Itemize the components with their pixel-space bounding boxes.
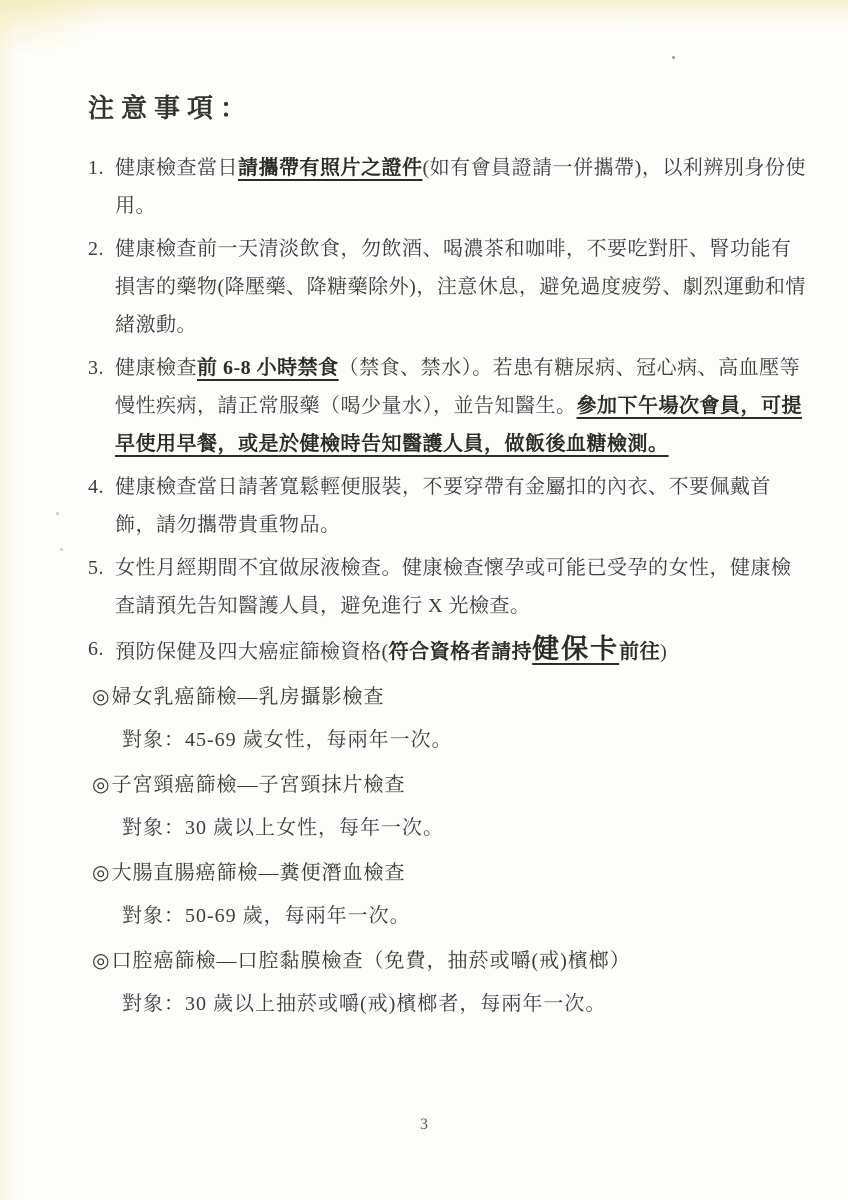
item-number: 6. <box>88 630 115 668</box>
item-number: 2. <box>88 230 115 268</box>
page-number: 3 <box>0 1116 848 1134</box>
scan-edge-artifact-top <box>0 0 848 26</box>
text-run: 健康檢查前一天清淡飲食，勿飲酒、喝濃茶和咖啡，不要吃對肝、腎功能有損害的藥物(降… <box>115 238 806 336</box>
scan-speck <box>60 548 63 551</box>
double-circle-bullet: ◎ <box>92 862 110 884</box>
item-text: 健康檢查前一天清淡飲食，勿飲酒、喝濃茶和咖啡，不要吃對肝、腎功能有損害的藥物(降… <box>115 230 810 344</box>
double-circle-bullet: ◎ <box>92 774 110 796</box>
item-text: 健康檢查當日請攜帶有照片之證件(如有會員證請一併攜帶)，以利辨別身份使用。 <box>115 149 810 225</box>
scan-edge-artifact-corner <box>0 0 120 55</box>
list-item-1: 1. 健康檢查當日請攜帶有照片之證件(如有會員證請一併攜帶)，以利辨別身份使用。 <box>88 149 810 225</box>
item-text: 健康檢查當日請著寬鬆輕便服裝，不要穿帶有金屬扣的內衣、不要佩戴首飾，請勿攜帶貴重… <box>115 468 810 544</box>
text-run: 健康檢查當日請著寬鬆輕便服裝，不要穿帶有金屬扣的內衣、不要佩戴首飾，請勿攜帶貴重… <box>115 476 771 536</box>
double-circle-bullet: ◎ <box>92 686 110 708</box>
screening-cervical-cancer: ◎子宮頸癌篩檢—子宮頸抹片檢查 對象：30 歲以上女性，每年一次。 <box>88 764 810 850</box>
screening-header: ◎口腔癌篩檢—口腔黏膜檢查（免費，抽菸或嚼(戒)檳榔） <box>92 940 810 983</box>
screening-eligibility: 對象：45-69 歲女性，每兩年一次。 <box>122 719 810 762</box>
screening-eligibility: 對象：30 歲以上抽菸或嚼(戒)檳榔者，每兩年一次。 <box>122 983 810 1026</box>
screening-eligibility: 對象：50-69 歲，每兩年一次。 <box>122 895 810 938</box>
text-run: 健康檢查 <box>115 357 197 379</box>
screening-header: ◎大腸直腸癌篩檢—糞便潛血檢查 <box>92 852 810 895</box>
screening-colorectal-cancer: ◎大腸直腸癌篩檢—糞便潛血檢查 對象：50-69 歲，每兩年一次。 <box>88 852 810 938</box>
screening-header: ◎子宮頸癌篩檢—子宮頸抹片檢查 <box>92 764 810 807</box>
scan-speck <box>56 512 59 515</box>
item-text: 健康檢查前 6-8 小時禁食（禁食、禁水）。若患有糖尿病、冠心病、高血壓等慢性疾… <box>115 349 810 463</box>
text-run: 請攜帶有照片之證件 <box>238 157 423 179</box>
item-number: 3. <box>88 349 115 387</box>
text-run: 前往 <box>619 641 660 663</box>
item-number: 5. <box>88 549 115 587</box>
text-run: 預防保健及四大癌症篩檢資格( <box>115 641 389 663</box>
list-item-4: 4. 健康檢查當日請著寬鬆輕便服裝，不要穿帶有金屬扣的內衣、不要佩戴首飾，請勿攜… <box>88 468 810 544</box>
screening-oral-cancer: ◎口腔癌篩檢—口腔黏膜檢查（免費，抽菸或嚼(戒)檳榔） 對象：30 歲以上抽菸或… <box>88 940 810 1026</box>
screening-breast-cancer: ◎婦女乳癌篩檢—乳房攝影檢查 對象：45-69 歲女性，每兩年一次。 <box>88 676 810 762</box>
list-item-3: 3. 健康檢查前 6-8 小時禁食（禁食、禁水）。若患有糖尿病、冠心病、高血壓等… <box>88 349 810 463</box>
item-number: 1. <box>88 149 115 187</box>
item-text: 女性月經期間不宜做尿液檢查。健康檢查懷孕或可能已受孕的女性，健康檢查請預先告知醫… <box>115 549 810 625</box>
double-circle-bullet: ◎ <box>92 950 110 972</box>
scanned-document-page: 注意事項： 1. 健康檢查當日請攜帶有照片之證件(如有會員證請一併攜帶)，以利辨… <box>0 0 848 1200</box>
screening-header: ◎婦女乳癌篩檢—乳房攝影檢查 <box>92 676 810 719</box>
list-item-2: 2. 健康檢查前一天清淡飲食，勿飲酒、喝濃茶和咖啡，不要吃對肝、腎功能有損害的藥… <box>88 230 810 344</box>
cancer-screening-list: ◎婦女乳癌篩檢—乳房攝影檢查 對象：45-69 歲女性，每兩年一次。 ◎子宮頸癌… <box>88 676 810 1026</box>
text-run: ) <box>660 641 667 663</box>
item-text: 預防保健及四大癌症篩檢資格(符合資格者請持健保卡前往) <box>115 630 810 671</box>
list-item-5: 5. 女性月經期間不宜做尿液檢查。健康檢查懷孕或可能已受孕的女性，健康檢查請預先… <box>88 549 810 625</box>
screening-title: 子宮頸癌篩檢—子宮頸抹片檢查 <box>111 774 405 796</box>
text-run: 健保卡 <box>532 634 619 664</box>
scan-edge-artifact-left <box>0 0 18 1200</box>
item-number: 4. <box>88 468 115 506</box>
text-run: 健康檢查當日 <box>115 157 238 179</box>
text-run: 女性月經期間不宜做尿液檢查。健康檢查懷孕或可能已受孕的女性，健康檢查請預先告知醫… <box>115 557 792 617</box>
screening-title: 婦女乳癌篩檢—乳房攝影檢查 <box>111 686 384 708</box>
screening-eligibility: 對象：30 歲以上女性，每年一次。 <box>122 807 810 850</box>
screening-title: 口腔癌篩檢—口腔黏膜檢查（免費，抽菸或嚼(戒)檳榔） <box>111 950 630 972</box>
text-run: 符合資格者請持 <box>389 641 533 663</box>
text-run: 前 6-8 小時禁食 <box>197 357 339 379</box>
screening-title: 大腸直腸癌篩檢—糞便潛血檢查 <box>111 862 405 884</box>
list-item-6: 6. 預防保健及四大癌症篩檢資格(符合資格者請持健保卡前往) <box>88 630 810 671</box>
page-title: 注意事項： <box>88 88 810 125</box>
document-content: 注意事項： 1. 健康檢查當日請攜帶有照片之證件(如有會員證請一併攜帶)，以利辨… <box>88 88 810 1028</box>
scan-speck <box>672 56 675 59</box>
